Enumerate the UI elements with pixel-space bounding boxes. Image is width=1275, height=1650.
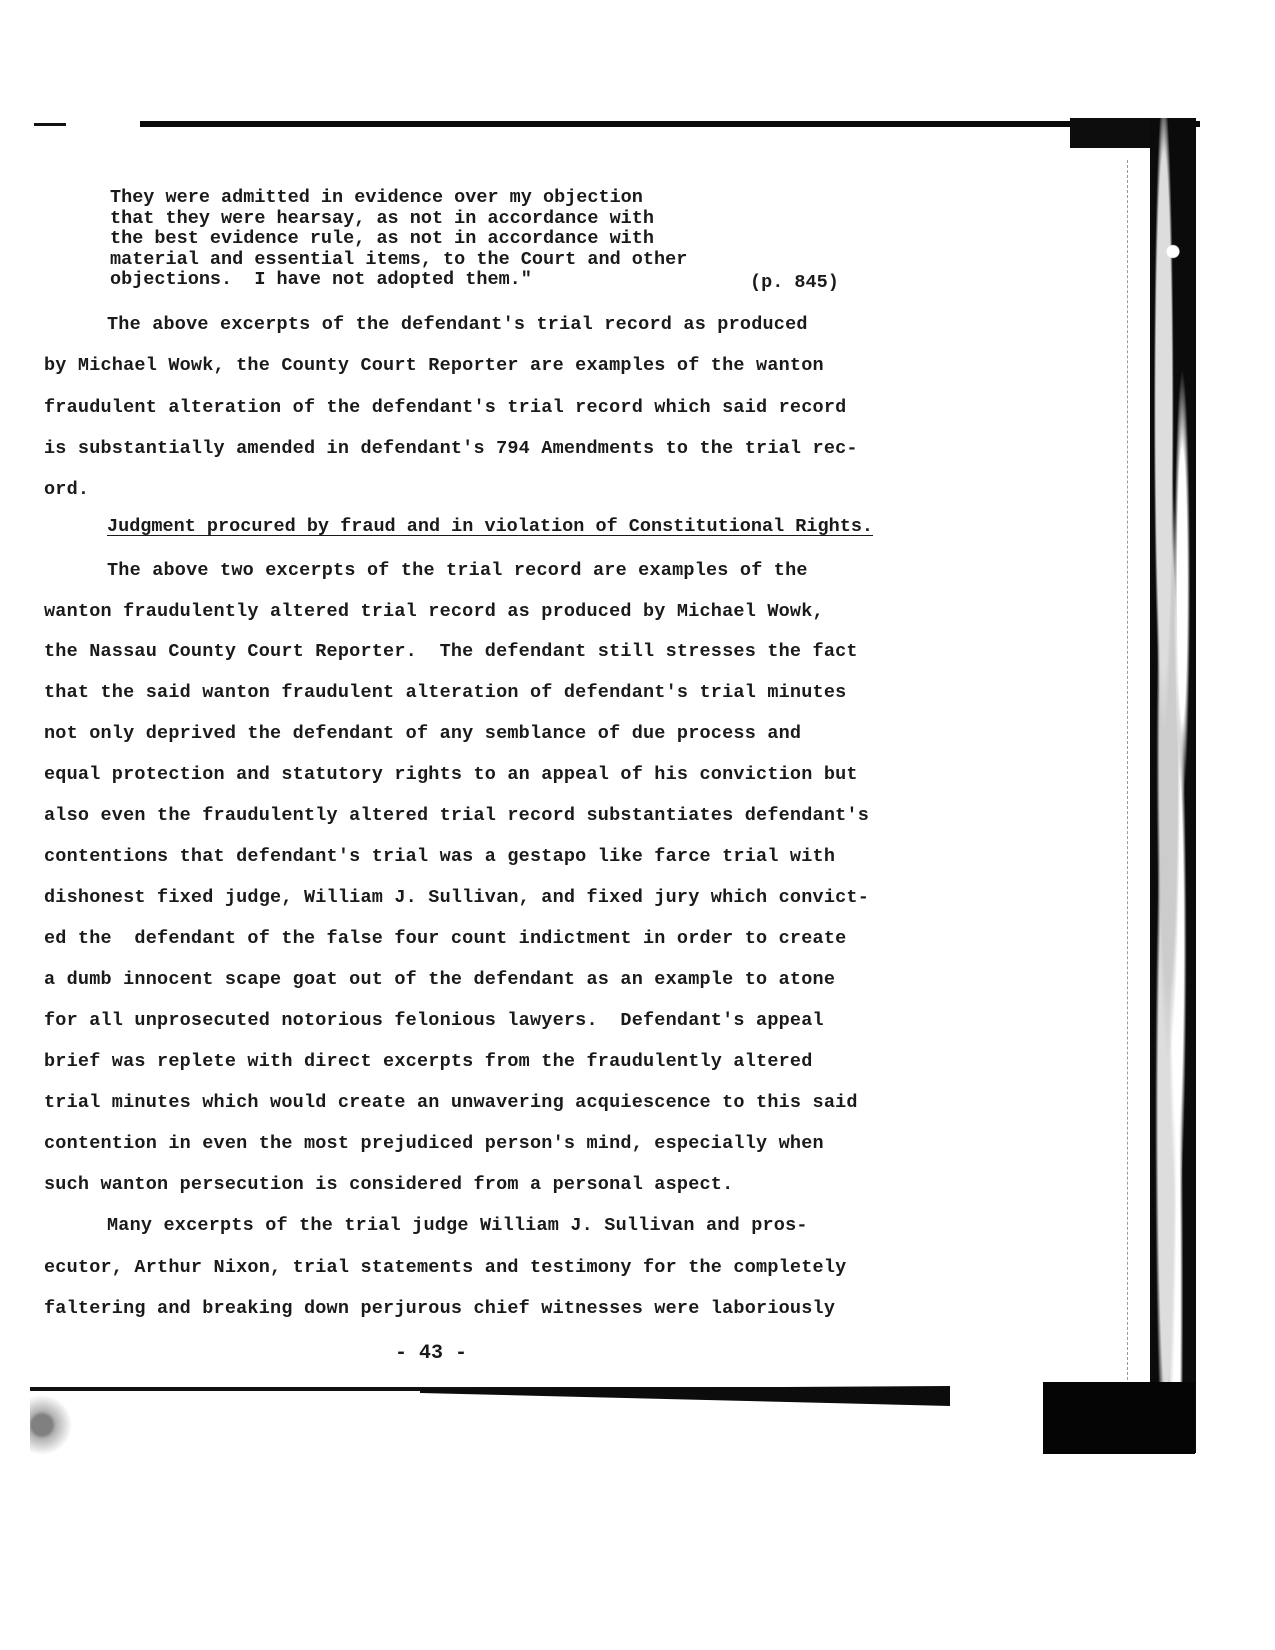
- margin-guide-line: [1127, 160, 1128, 1380]
- paragraph-line: brief was replete with direct excerpts f…: [44, 1051, 813, 1072]
- paragraph-line: also even the fraudulently altered trial…: [44, 805, 869, 826]
- document-page: They were admitted in evidence over my o…: [0, 0, 1275, 1650]
- paragraph-line: faltering and breaking down perjurous ch…: [44, 1298, 835, 1319]
- scan-background-corner: [1043, 1382, 1195, 1454]
- paragraph-line: such wanton persecution is considered fr…: [44, 1174, 733, 1195]
- scan-noise: [30, 1395, 90, 1455]
- quote-line: material and essential items, to the Cou…: [110, 250, 870, 271]
- paragraph-line: not only deprived the defendant of any s…: [44, 723, 801, 744]
- section-heading: Judgment procured by fraud and in violat…: [107, 516, 873, 537]
- scan-background-strip: [1150, 118, 1196, 1453]
- quote-line: that they were hearsay, as not in accord…: [110, 209, 870, 230]
- paragraph-line: ord.: [44, 479, 89, 500]
- paragraph-line: contentions that defendant's trial was a…: [44, 846, 835, 867]
- paragraph-line: is substantially amended in defendant's …: [44, 438, 858, 459]
- paragraph-line: contention in even the most prejudiced p…: [44, 1133, 824, 1154]
- paragraph-line: the Nassau County Court Reporter. The de…: [44, 641, 858, 662]
- paragraph-line: trial minutes which would create an unwa…: [44, 1092, 858, 1113]
- paragraph-line: ed the defendant of the false four count…: [44, 928, 846, 949]
- page-citation: (p. 845): [750, 272, 839, 293]
- top-page-edge: [140, 121, 1200, 127]
- paragraph-line: by Michael Wowk, the County Court Report…: [44, 355, 824, 376]
- paragraph-line: equal protection and statutory rights to…: [44, 764, 858, 785]
- paragraph-line: a dumb innocent scape goat out of the de…: [44, 969, 835, 990]
- paragraph-line: fraudulent alteration of the defendant's…: [44, 397, 846, 418]
- quote-line: the best evidence rule, as not in accord…: [110, 229, 870, 250]
- paragraph-line: The above two excerpts of the trial reco…: [107, 560, 808, 581]
- paragraph-line: ecutor, Arthur Nixon, trial statements a…: [44, 1257, 846, 1278]
- paragraph-line: that the said wanton fraudulent alterati…: [44, 682, 846, 703]
- paragraph-line: wanton fraudulently altered trial record…: [44, 601, 824, 622]
- paragraph-line: dishonest fixed judge, William J. Sulliv…: [44, 887, 869, 908]
- scan-edge-mark: [34, 123, 66, 126]
- quote-line: They were admitted in evidence over my o…: [110, 188, 870, 209]
- page-number: - 43 -: [395, 1342, 467, 1365]
- paragraph-line: for all unprosecuted notorious felonious…: [44, 1010, 824, 1031]
- paragraph-line: The above excerpts of the defendant's tr…: [107, 314, 808, 335]
- paragraph-line: Many excerpts of the trial judge William…: [107, 1215, 808, 1236]
